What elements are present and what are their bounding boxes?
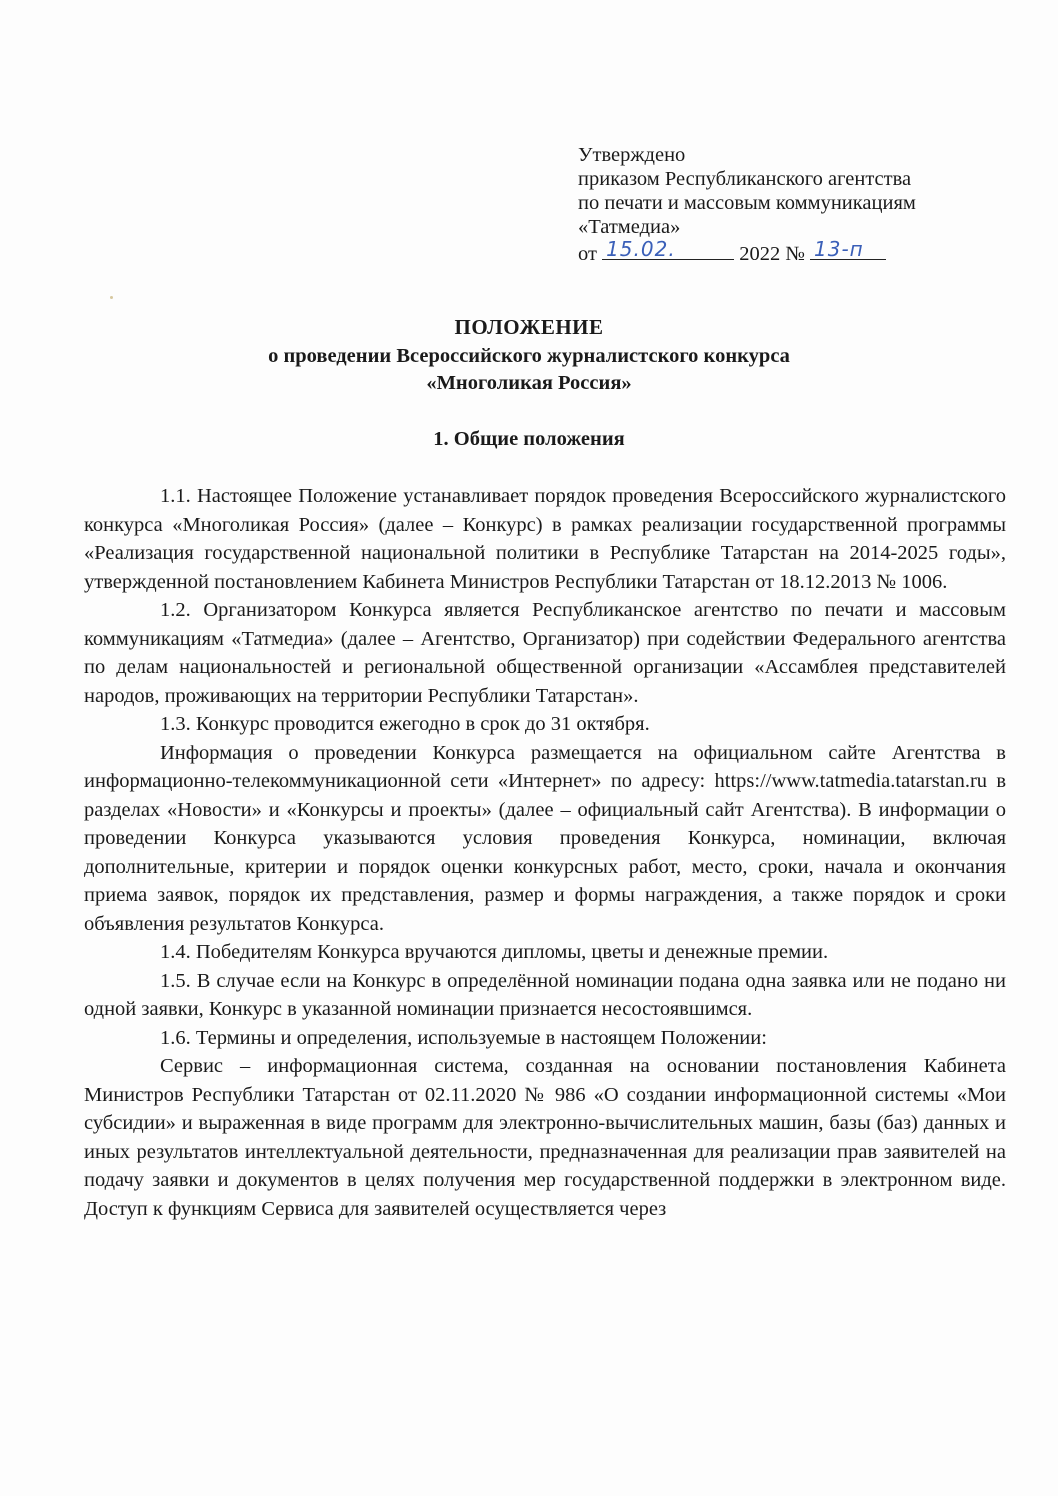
approval-date-line: от 15.02. 2022 № 13-п xyxy=(578,239,916,266)
year-number-label: 2022 № xyxy=(739,243,805,265)
paragraph-1-5: 1.5. В случае если на Конкурс в определё… xyxy=(84,967,1006,1024)
approval-line: Утверждено xyxy=(578,143,916,167)
section-heading: 1. Общие положения xyxy=(0,428,1058,451)
paragraph-1-6: 1.6. Термины и определения, используемые… xyxy=(84,1024,1006,1053)
paragraph-1-2: 1.2. Организатором Конкурса является Рес… xyxy=(84,596,1006,710)
approval-stamp: Утверждено приказом Республиканского аге… xyxy=(578,143,916,266)
paragraph-service-definition: Сервис – информационная система, созданн… xyxy=(84,1052,1006,1223)
paragraph-info: Информация о проведении Конкурса размеща… xyxy=(84,739,1006,939)
paragraph-1-1: 1.1. Настоящее Положение устанавливает п… xyxy=(84,482,1006,596)
date-blank: 15.02. xyxy=(602,239,734,260)
number-blank: 13-п xyxy=(810,239,886,260)
handwritten-number: 13-п xyxy=(814,237,864,261)
approval-line: приказом Республиканского агентства xyxy=(578,167,916,191)
document-page: Утверждено приказом Республиканского аге… xyxy=(0,0,1058,1496)
approval-line: по печати и массовым коммуникациям xyxy=(578,191,916,215)
date-prefix: от xyxy=(578,243,597,265)
document-title: ПОЛОЖЕНИЕ xyxy=(0,315,1058,340)
handwritten-date: 15.02. xyxy=(606,237,676,261)
document-subtitle: о проведении Всероссийского журналистско… xyxy=(0,345,1058,368)
paragraph-1-4: 1.4. Победителям Конкурса вручаются дипл… xyxy=(84,938,1006,967)
document-body: 1.1. Настоящее Положение устанавливает п… xyxy=(84,482,1006,1223)
document-subtitle: «Многоликая Россия» xyxy=(0,372,1058,395)
approval-line: «Татмедиа» xyxy=(578,215,916,239)
paragraph-1-3: 1.3. Конкурс проводится ежегодно в срок … xyxy=(84,710,1006,739)
scan-speck xyxy=(110,296,113,299)
